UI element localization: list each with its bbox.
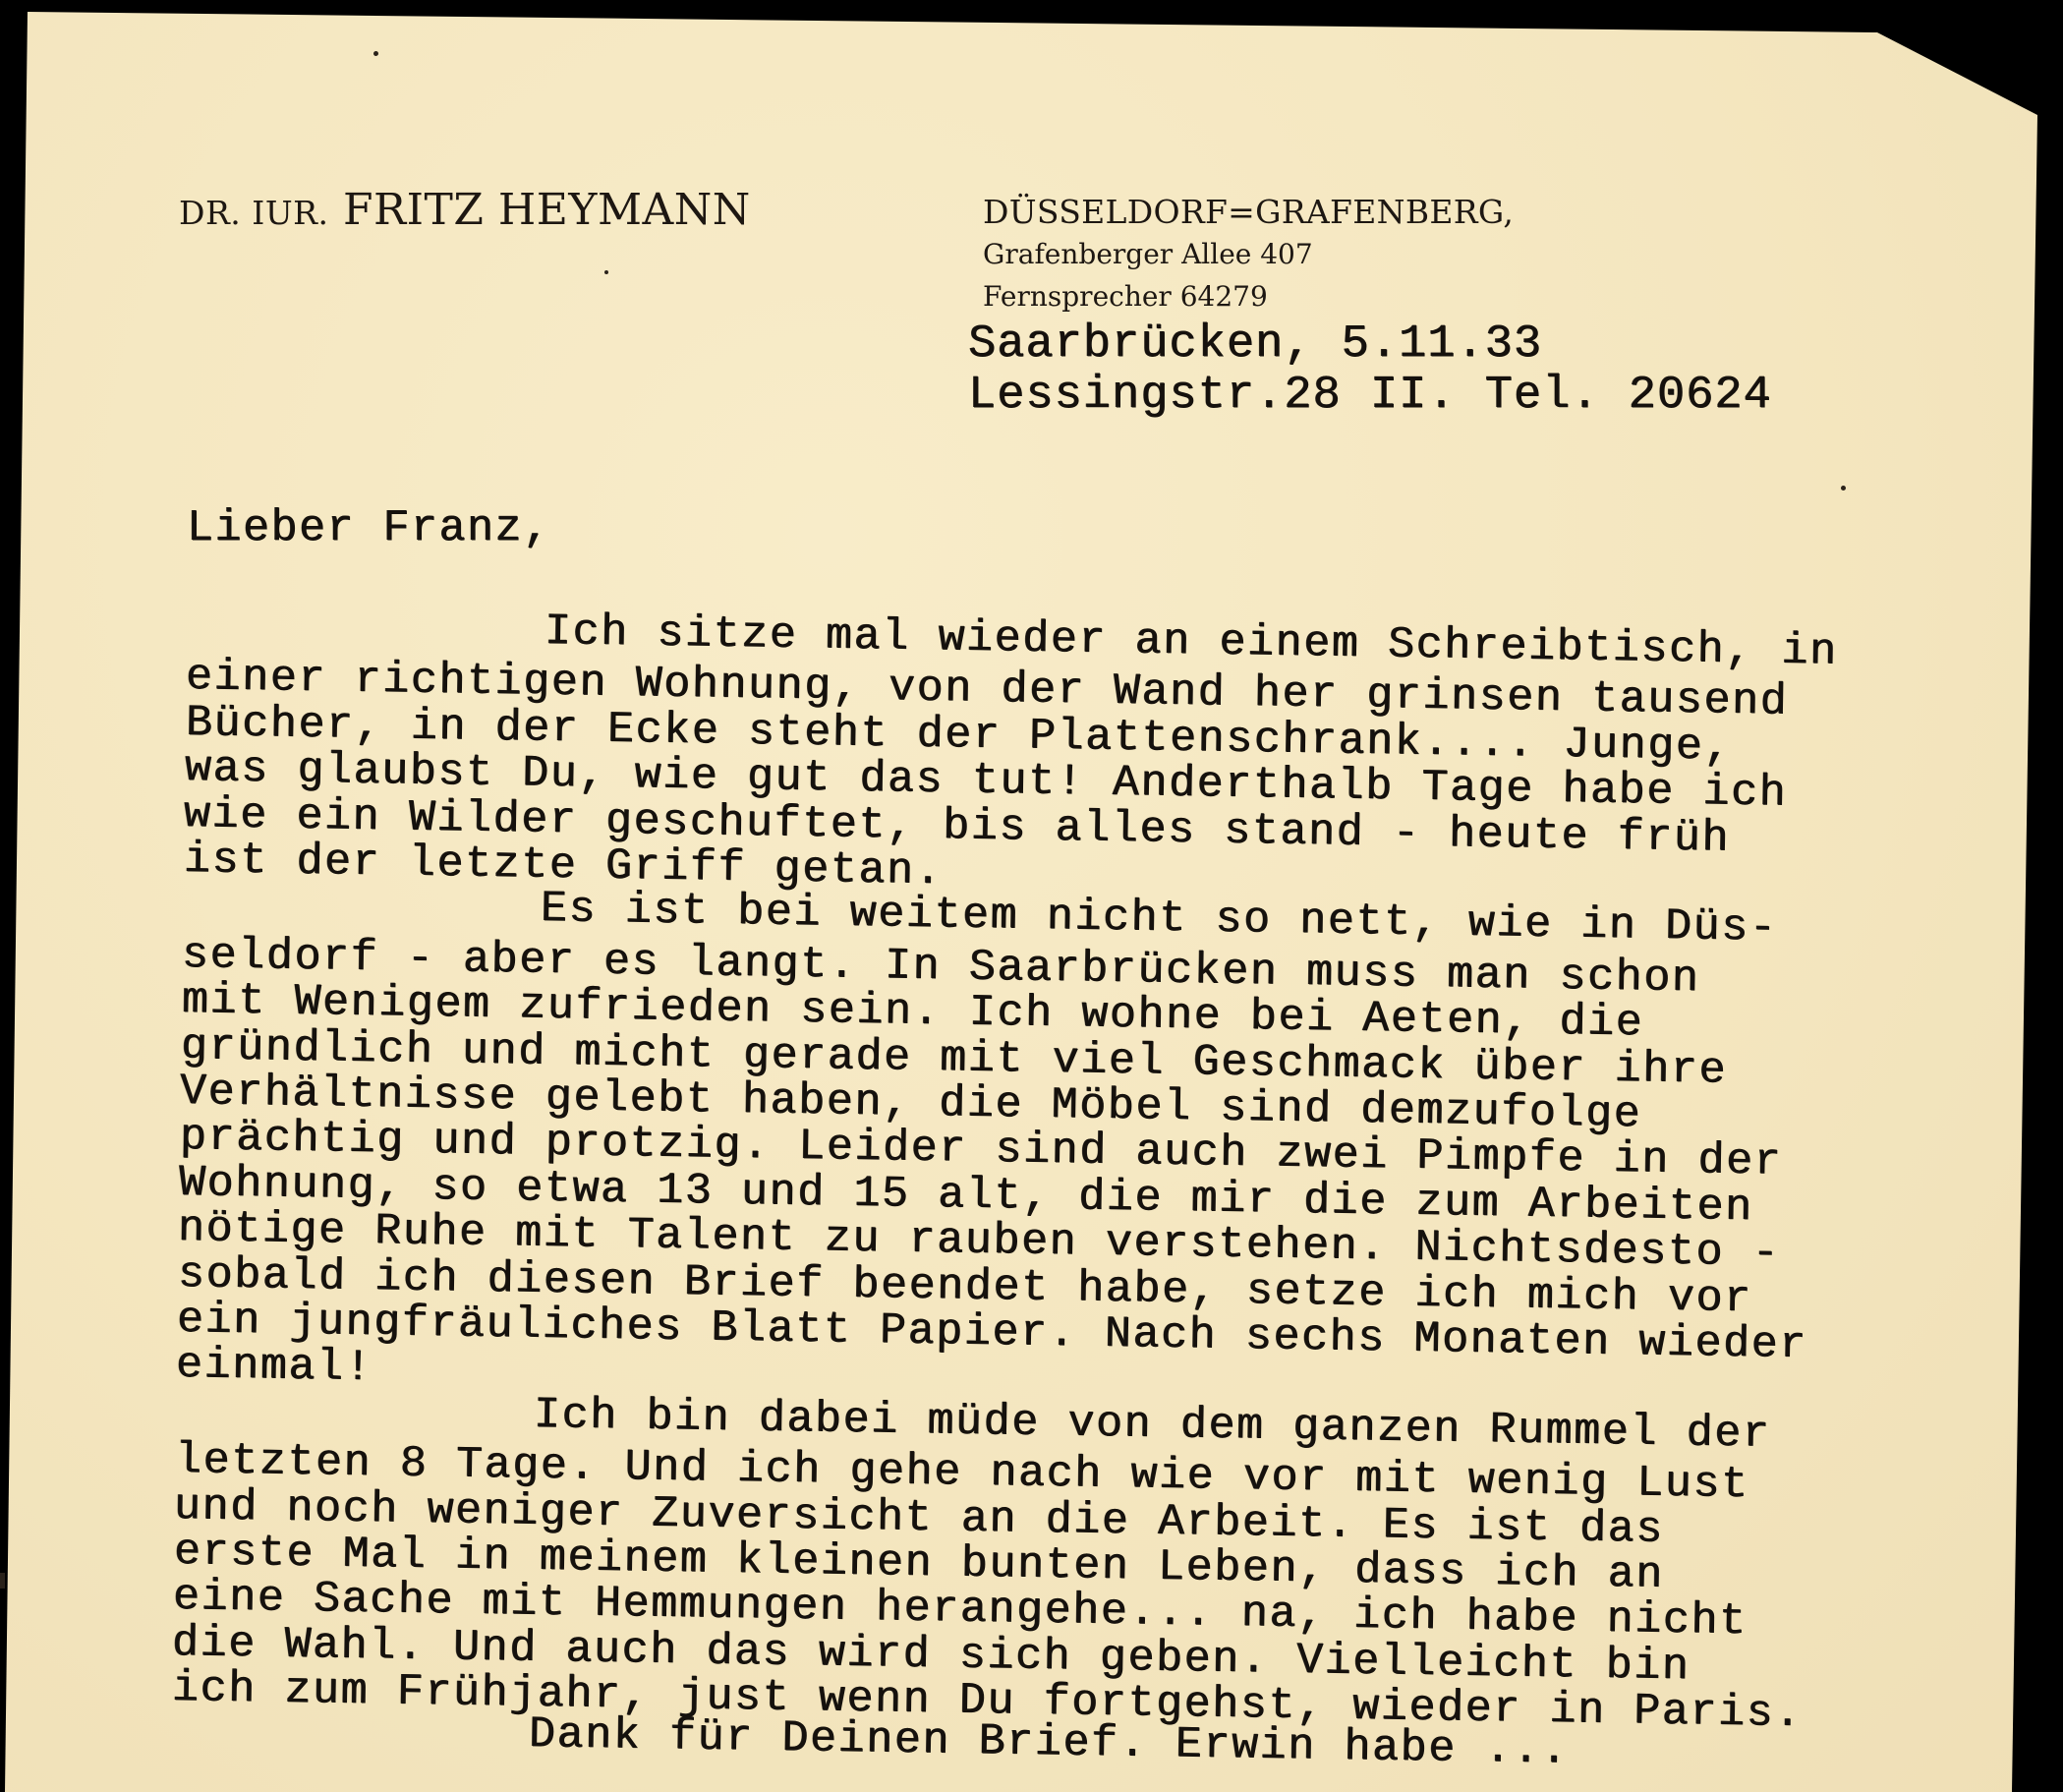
- paper-speck: [604, 270, 608, 274]
- letterhead-name: DR. IUR. FRITZ HEYMANN: [179, 185, 751, 235]
- paper-speck: [373, 51, 378, 56]
- letterhead-street: Grafenberger Allee 407: [983, 238, 1313, 270]
- letterhead-title: DR. IUR.: [179, 194, 328, 232]
- paper-speck: [1841, 486, 1846, 491]
- letter-line: einmal!: [176, 1343, 373, 1390]
- letterhead-phone: Fernsprecher 64279: [983, 280, 1268, 313]
- place-and-date: Saarbrücken, 5.11.33: [968, 322, 1542, 367]
- edge-mark: [0, 1573, 5, 1589]
- letterhead-city: DÜSSELDORF=GRAFENBERG,: [983, 193, 1514, 231]
- salutation: Lieber Franz,: [187, 506, 551, 550]
- letterhead-author: FRITZ HEYMANN: [343, 185, 751, 235]
- sender-address: Lessingstr.28 II. Tel. 20624: [968, 374, 1772, 418]
